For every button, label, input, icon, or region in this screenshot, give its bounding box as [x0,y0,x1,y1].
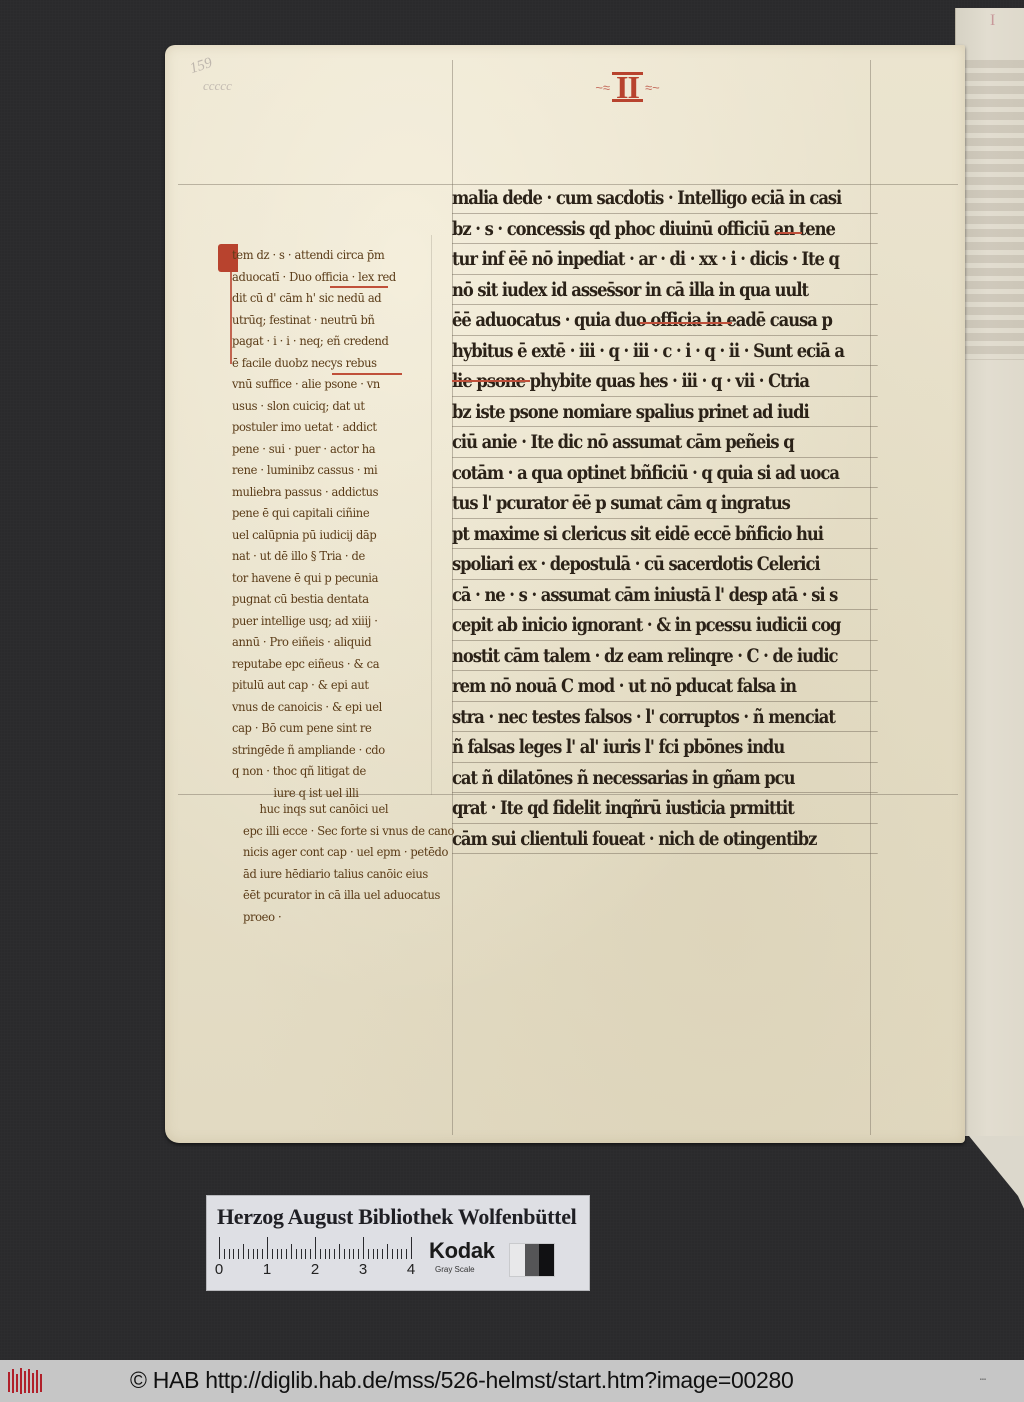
gloss-line: ēēt pcurator in cā illa uel aduocatus [243,884,510,906]
shelfmark-pencil: ccccc [203,78,232,94]
gloss-line: annū · Pro eiñeis · aliquid [232,631,444,653]
gray-scale-patches [509,1243,555,1277]
gloss-line: utrūq; festinat · neutrū bñ [232,309,444,331]
rubric-underline [640,322,732,324]
ruler-tick [406,1249,407,1259]
main-text-line: hybitus ē extē · iii · q · iii · c · i ·… [452,336,878,367]
ruler-label: 0 [215,1261,223,1278]
gloss-line: aduocatī · Duo officia · lex red [232,266,444,288]
gloss-line: huc inqs sut canōici uel [243,798,510,820]
ruler-tick [257,1249,258,1259]
gloss-line: ē facile duobz necys rebus [232,352,444,374]
ruler-tick [253,1249,254,1259]
ruler-tick [272,1249,273,1259]
library-name: Herzog August Bibliothek Wolfenbüttel [217,1204,587,1230]
main-text-line: nō sit iudex id asses̄sor in cā illa in … [452,275,878,306]
main-text-line: ēē aduocatus · quia duo officia in eadē … [452,305,878,336]
gloss-line: uel calūpnia pū iudicij dāp [232,524,444,546]
gloss-column-lower: huc inqs sut canōici uel epc illi ecce ·… [243,798,518,927]
scale-ruler: 0 1 2 3 4 [217,1241,417,1273]
ruler-tick [397,1249,398,1259]
ruler-tick [387,1244,388,1259]
ruler-label: 2 [311,1261,319,1278]
ruler-tick [296,1249,297,1259]
ruler-tick [305,1249,306,1259]
ruler-tick [382,1249,383,1259]
footer-bar: © HAB http://diglib.hab.de/mss/526-helms… [0,1360,1024,1402]
manuscript-viewer: I 159 ccccc ~≈ II ≈~ malia dede · cum sa… [0,0,1024,1360]
ruler-tick [267,1237,268,1259]
gloss-line: tor havene ē qui p pecunia [232,567,444,589]
main-text-line: cā · ne · s · assumat cām iniustā l' des… [452,580,878,611]
gloss-line: vnū suffice · alie psone · vn [232,373,444,395]
gloss-line: q non · thoc qñ litigat de [232,760,444,782]
ruler-tick [248,1249,249,1259]
gloss-line: tem dz · s · attendi circa p̄m [232,244,444,266]
running-head: ~≈ II ≈~ [590,70,665,104]
ruler-tick [401,1249,402,1259]
ruler-tick [310,1249,311,1259]
ruler-tick [339,1244,340,1259]
main-text-line: nostit cām talem · dz eam relinqre · C ·… [452,641,878,672]
ruler-tick [291,1244,292,1259]
next-leaf-text [965,60,1024,360]
main-text-line: bz iste psone nomiare spalius prinet ad … [452,397,878,428]
running-head-numeral: II [612,72,643,102]
gray-patch-white [510,1244,525,1276]
ruler-tick [334,1249,335,1259]
gloss-column-upper: tem dz · s · attendi circa p̄m aduocatī … [232,244,442,803]
ruler-tick [329,1249,330,1259]
flourish-right: ≈~ [645,80,660,95]
color-target-card: Herzog August Bibliothek Wolfenbüttel 0 … [206,1195,590,1291]
main-text-line: bz · s · concessis qd phoc diuinū offici… [452,214,878,245]
main-text-line: spoliari ex · depostulā · cū sacerdotis … [452,549,878,580]
rubric-underline [330,286,388,288]
ruler-tick [377,1249,378,1259]
ruler-tick [233,1249,234,1259]
gloss-line: nicis ager cont cap · uel epm · petēdo [243,841,510,863]
gloss-line: reputabe epc eiñeus · & ca [232,653,444,675]
main-text-line: malia dede · cum sacdotis · Intelligo ec… [452,183,878,214]
gloss-line: vnus de canoicis · & epi uel [232,696,444,718]
main-text-line: rem nō nouā C mod · ut nō pducat falsa i… [452,671,878,702]
main-text-line: tur inf ēē nō inpediat · ar · di · xx · … [452,244,878,275]
ruler-tick [373,1249,374,1259]
next-leaf-corner [962,1136,1024,1336]
main-text-line: cepit ab inicio ignorant · & in pcessu i… [452,610,878,641]
ruler-tick [353,1249,354,1259]
rubric-underline [452,380,530,382]
next-leaf-running-head: I [990,12,995,30]
rubric-underline [776,232,802,234]
ruler-tick [238,1249,239,1259]
main-text-line: tus l' pcurator ēē p sumat cām q ingratu… [452,488,878,519]
ruler-tick [229,1249,230,1259]
gloss-line: nat · ut dē illo § Tria · de [232,545,444,567]
gloss-line: pagat · i · i · neq; eñ credend [232,330,444,352]
ruler-tick [315,1237,316,1259]
ruler-label: 3 [359,1261,367,1278]
gloss-line: rene · luminibz cassus · mi [232,459,444,481]
gloss-line: pene · sui · puer · actor ha [232,438,444,460]
ruler-tick [368,1249,369,1259]
gloss-line: cap · Bō cum pene sint re [232,717,444,739]
ruler-tick [325,1249,326,1259]
gloss-line: pitulū aut cap · & epi aut [232,674,444,696]
gloss-line: muliebra passus · addictus [232,481,444,503]
ruler-label: 4 [407,1261,415,1278]
ruler-tick [286,1249,287,1259]
gray-patch-mid [525,1244,540,1276]
footer-mark: ▪▪▪ [980,1377,986,1383]
ruler-tick [219,1237,220,1259]
ruler-tick [301,1249,302,1259]
gloss-line: puer intellige usq; ad xiiij · [232,610,444,632]
gloss-line: proeo · [243,906,510,928]
flourish-left: ~≈ [595,80,610,95]
copyright-link[interactable]: © HAB http://diglib.hab.de/mss/526-helms… [130,1367,794,1394]
main-text-line: cotām · a qua optinet bñficiū · q quia s… [452,458,878,489]
ruler-tick [277,1249,278,1259]
ruler-tick [411,1237,412,1259]
main-text-line: cat ñ dilatōnes ñ necessarias in gñam pc… [452,763,878,794]
gloss-line: pugnat cū bestia dentata [232,588,444,610]
ruler-tick [392,1249,393,1259]
hab-logo-icon [6,1366,44,1396]
ruler-tick [363,1237,364,1259]
gloss-line: epc illi ecce · Sec forte si vnus de can… [243,820,510,842]
main-text-line: pt maxime si clericus sit eidē eccē bñfi… [452,519,878,550]
ruler-tick [358,1249,359,1259]
gloss-line: pene ē qui capitali ciñine [232,502,444,524]
gloss-line: dit cū d' cām h' sic nedū ad [232,287,444,309]
ruler-tick [224,1249,225,1259]
main-text-column: malia dede · cum sacdotis · Intelligo ec… [452,183,877,854]
gloss-line: postuler imo uetat · addict [232,416,444,438]
gloss-line: ād iure hēdiario talius canōic eius [243,863,510,885]
gray-patch-black [539,1244,554,1276]
gloss-line: stringēde ñ ampliande · cdo [232,739,444,761]
gloss-line: usus · slon cuiciq; dat ut [232,395,444,417]
main-text-line: stra · nec testes falsos · l' corruptos … [452,702,878,733]
kodak-subtitle: Gray Scale [435,1265,475,1274]
ruler-tick [320,1249,321,1259]
ruler-tick [344,1249,345,1259]
ruler-tick [281,1249,282,1259]
ruler-tick [349,1249,350,1259]
main-text-line: ciū anie · Ite dic nō assumat cām peñeis… [452,427,878,458]
ruler-label: 1 [263,1261,271,1278]
kodak-brand: Kodak [429,1238,495,1264]
ruler-tick [262,1249,263,1259]
rubric-underline [332,373,402,375]
ruler-tick [243,1244,244,1259]
main-text-line: ñ falsas leges l' al' iuris l' fci pbōne… [452,732,878,763]
